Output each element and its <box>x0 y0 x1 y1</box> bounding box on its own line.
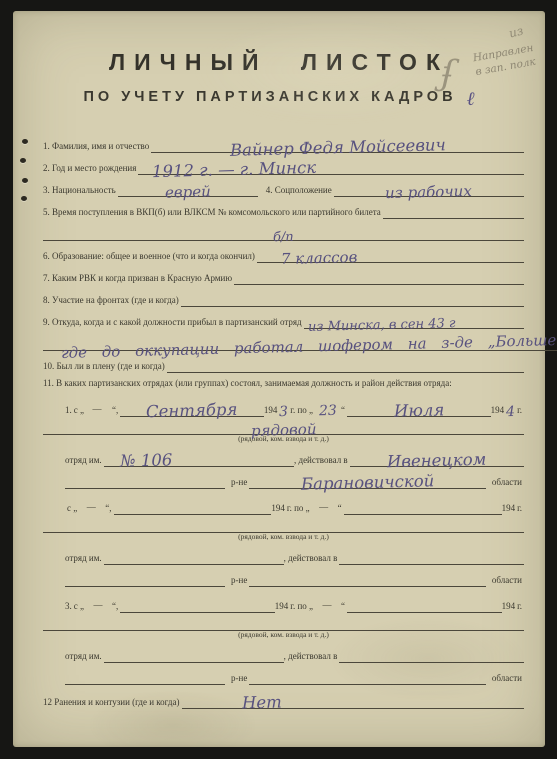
field-fronts: 8. Участие на фронтах (где и когда) <box>43 285 524 307</box>
field-birth: 2. Год и место рождения 1912 г. — г. Мин… <box>43 153 524 175</box>
detachment-row: отряд им. , действовал в <box>43 641 524 663</box>
blank-dash: — <box>323 600 334 612</box>
field-nationality-social: 3. Национальность еврей 4. Соцположение … <box>43 175 524 197</box>
punch-hole <box>22 139 28 144</box>
field-label: 194 <box>502 601 518 613</box>
day-slot: — <box>79 502 105 515</box>
document-page: из ʄ Направлен в зап. полк ЛИЧНЫЙ ЛИСТОК… <box>13 11 545 747</box>
field-label: области <box>486 477 524 489</box>
field-underline <box>181 290 524 307</box>
rank-row <box>43 515 524 533</box>
day-slot: — <box>86 404 112 417</box>
field-underline <box>65 668 225 685</box>
pencil-scribble: из <box>507 23 524 40</box>
field-underline: Ивенецком <box>350 450 524 467</box>
field-underline <box>383 202 524 219</box>
field-underline <box>43 516 524 533</box>
field-party-continuation: б/п <box>43 219 524 241</box>
day-slot: — <box>315 600 341 613</box>
field-label: 4. Соцположение <box>258 185 334 197</box>
field-label: 3. Национальность <box>43 185 118 197</box>
day-slot: 23 <box>315 404 341 417</box>
field-underline <box>347 596 502 613</box>
field-label: 5. Время поступления в ВКП(б) или ВЛКСМ … <box>43 207 383 219</box>
field-label: г. по „ <box>290 601 315 613</box>
punch-hole <box>20 158 26 163</box>
field-label: , действовал в <box>294 455 350 467</box>
field-label: отряд им. <box>65 553 104 565</box>
field-party: 5. Время поступления в ВКП(б) или ВЛКСМ … <box>43 197 524 219</box>
handwritten-mark: ℓ <box>467 94 475 105</box>
field-underline <box>339 646 524 663</box>
field-underline: из Минска, в сен 43 г <box>304 312 524 329</box>
field-arrival-continuation: где до оккупации работал шофером на з-де… <box>43 329 524 351</box>
field-underline <box>104 548 284 565</box>
field-underline <box>114 498 272 515</box>
service-block-2: с „ — “, 194 г. по „ — “ 194 г. (рядовой… <box>43 491 524 587</box>
detachment-row: отряд им. , действовал в <box>43 543 524 565</box>
field-label: р-не <box>225 673 249 685</box>
field-underline: где до оккупации работал шофером на з-де… <box>43 334 557 351</box>
field-underline: из рабочих <box>334 180 524 197</box>
field-label: 8. Участие на фронтах (где и когда) <box>43 295 181 307</box>
field-label: области <box>486 575 524 587</box>
field-label: г. <box>517 601 524 613</box>
field-label: 194 <box>271 503 287 515</box>
field-underline: Вайнер Федя Мойсеевич <box>151 136 524 153</box>
form-body: 1. Фамилия, имя и отчество Вайнер Федя М… <box>43 119 524 709</box>
field-underline <box>249 668 486 685</box>
blank-dash: — <box>87 502 98 514</box>
rank-hint-caption: (рядовой, ком. взвода и т. д.) <box>43 631 524 641</box>
field-underline <box>339 548 524 565</box>
field-label: 9. Откуда, когда и с какой должности при… <box>43 317 304 329</box>
field-label: 2. Год и место рождения <box>43 163 138 175</box>
field-label: “, <box>112 601 120 613</box>
block-number: 3. <box>65 601 74 613</box>
field-underline <box>104 646 284 663</box>
field-rvk: 7. Каким РВК и когда призван в Красную А… <box>43 263 524 285</box>
block-number: 1. <box>65 405 74 417</box>
field-label: г. <box>517 503 524 515</box>
field-underline <box>249 570 486 587</box>
field-underline: рядовой <box>43 418 524 435</box>
rank-row <box>43 613 524 631</box>
field-label: 7. Каким РВК и когда призван в Красную А… <box>43 273 234 285</box>
region-row: р-не Барановичской области <box>43 467 524 489</box>
field-label: 6. Образование: общее и военное (что и к… <box>43 251 257 263</box>
field-underline: Барановичской <box>249 472 486 489</box>
field-label: г. <box>517 405 524 417</box>
field-underline: еврей <box>118 180 258 197</box>
field-underline <box>120 596 275 613</box>
field-captivity: 10. Был ли в плену (где и когда) <box>43 351 524 373</box>
field-underline: № 106 <box>104 450 294 467</box>
field-underline: 1912 г. — г. Минск <box>138 158 524 175</box>
field-label: 194 <box>264 405 280 417</box>
field-underline <box>43 614 524 631</box>
rank-row: рядовой <box>43 417 524 435</box>
field-label: , действовал в <box>284 651 340 663</box>
field-label: 194 <box>502 503 518 515</box>
field-underline: Сентября <box>120 400 264 417</box>
blank-dash: — <box>93 404 104 416</box>
day-slot: — <box>312 502 338 515</box>
field-name: 1. Фамилия, имя и отчество Вайнер Федя М… <box>43 131 524 153</box>
field-education: 6. Образование: общее и военное (что и к… <box>43 241 524 263</box>
field-underline: Июля <box>347 400 491 417</box>
field-underline <box>167 356 524 373</box>
pencil-flourish: ʄ <box>440 51 454 96</box>
field-label: с „ <box>67 503 79 515</box>
handwritten-value: рядовой <box>251 422 317 439</box>
field-arrival: 9. Откуда, когда и с какой должности при… <box>43 307 524 329</box>
field-label: с „ <box>74 601 86 613</box>
field-label: р-не <box>225 575 249 587</box>
field-label: 10. Был ли в плену (где и когда) <box>43 361 167 373</box>
field-label: г. по „ <box>287 503 312 515</box>
field-underline: Нет <box>182 692 525 709</box>
field-label: с „ <box>74 405 86 417</box>
section-heading: 11. В каких партизанских отрядах (или гр… <box>43 377 524 391</box>
field-label: 1. Фамилия, имя и отчество <box>43 141 151 153</box>
field-label: 12 Ранения и контузии (где и когда) <box>43 697 182 709</box>
field-label: г. по „ <box>290 405 315 417</box>
field-underline <box>234 268 524 285</box>
page-title: ЛИЧНЫЙ ЛИСТОК <box>13 49 545 76</box>
field-label: р-не <box>225 477 249 489</box>
field-label: , действовал в <box>284 553 340 565</box>
field-label: отряд им. <box>65 651 104 663</box>
service-block-1: 1. с „ — “, Сентября 194 3 г. по „ 23 “ <box>43 393 524 489</box>
punch-hole <box>22 178 28 183</box>
page-subtitle: ПО УЧЕТУ ПАРТИЗАНСКИХ КАДРОВ <box>84 89 457 105</box>
field-underline <box>65 472 225 489</box>
region-row: р-не области <box>43 565 524 587</box>
field-label: 194 <box>491 405 507 417</box>
field-label: “, <box>105 503 113 515</box>
field-label: отряд им. <box>65 455 104 467</box>
service-period-row: с „ — “, 194 г. по „ — “ 194 г. <box>43 491 524 515</box>
punch-hole <box>21 196 27 201</box>
field-label: 194 <box>275 601 291 613</box>
detachment-row: отряд им. № 106 , действовал в Ивенецком <box>43 445 524 467</box>
field-label: “, <box>112 405 120 417</box>
service-period-row: 3. с „ — “, 194 г. по „ — “ 194 г. <box>43 589 524 613</box>
day-slot: — <box>86 600 112 613</box>
field-underline <box>344 498 502 515</box>
field-wounds: 12 Ранения и контузии (где и когда) Нет <box>43 687 524 709</box>
blank-dash: — <box>319 502 330 514</box>
handwritten-value: Нет <box>241 694 281 712</box>
field-underline: б/п <box>43 224 524 241</box>
service-block-3: 3. с „ — “, 194 г. по „ — “ 194 г. <box>43 589 524 685</box>
blank-dash: — <box>94 600 105 612</box>
region-row: р-не области <box>43 663 524 685</box>
field-underline: 7 классов <box>257 246 524 263</box>
service-period-row: 1. с „ — “, Сентября 194 3 г. по „ 23 “ <box>43 393 524 417</box>
field-label: области <box>486 673 524 685</box>
field-underline <box>65 570 225 587</box>
rank-hint-caption: (рядовой, ком. взвода и т. д.) <box>43 533 524 543</box>
